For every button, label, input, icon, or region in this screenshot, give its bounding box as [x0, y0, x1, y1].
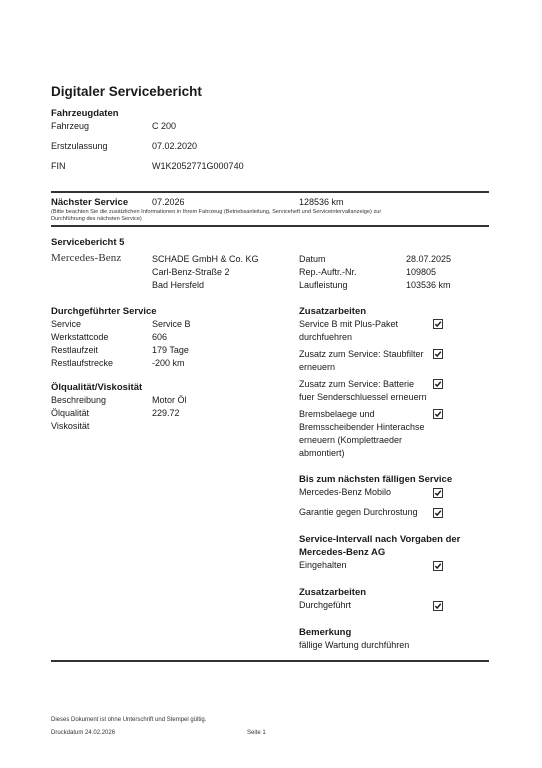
date-value: 28.07.2025	[406, 254, 451, 264]
order-number-label: Rep.-Auftr.-Nr.	[299, 267, 357, 277]
viscosity-label: Viskosität	[51, 421, 89, 431]
extra-work-1-line1: Service B mit Plus-Paket	[299, 319, 398, 329]
remaining-distance-label: Restlaufstrecke	[51, 358, 113, 368]
remaining-time-value: 179 Tage	[152, 345, 189, 355]
extra-work-3-line2: fuer Senderschluessel erneuern	[299, 392, 427, 402]
service-value: Service B	[152, 319, 191, 329]
extra-work-3-line1: Zusatz zum Service: Batterie	[299, 379, 414, 389]
remaining-time-label: Restlaufzeit	[51, 345, 98, 355]
dealer-city: Bad Hersfeld	[152, 280, 204, 290]
extra-work-heading: Zusatzarbeiten	[299, 306, 366, 317]
oil-description-value: Motor Öl	[152, 395, 187, 405]
extra-work2-done-checkbox[interactable]	[433, 601, 443, 611]
extra-work-4-line1: Bremsbelaege und	[299, 409, 375, 419]
divider-end	[51, 660, 489, 662]
vin-value: W1K2052771G000740	[152, 161, 244, 171]
rust-warranty-label: Garantie gegen Durchrostung	[299, 507, 418, 517]
extra-work-1-line2: durchfuehren	[299, 332, 352, 342]
mileage-value: 103536 km	[406, 280, 451, 290]
date-label: Datum	[299, 254, 326, 264]
checkmark-icon	[434, 562, 442, 570]
footer-print-date: Druckdatum 24.02.2026	[51, 730, 115, 736]
extra-work-2-checkbox[interactable]	[433, 349, 443, 359]
next-service-date: 07.2026	[152, 197, 185, 207]
checkmark-icon	[434, 380, 442, 388]
extra-work-3-checkbox[interactable]	[433, 379, 443, 389]
next-service-mileage: 128536 km	[299, 197, 344, 207]
oil-quality-value: 229.72	[152, 408, 180, 418]
interval-heading-line1: Service-Intervall nach Vorgaben der	[299, 534, 460, 545]
remaining-distance-value: -200 km	[152, 358, 185, 368]
performed-heading: Durchgeführter Service	[51, 306, 157, 317]
dealer-name: SCHADE GmbH & Co. KG	[152, 254, 259, 264]
remark-heading: Bemerkung	[299, 627, 351, 638]
vehicle-value: C 200	[152, 121, 176, 131]
vehicle-label: Fahrzeug	[51, 121, 89, 131]
extra-work-4-line2: Bremsscheibender Hinterachse	[299, 422, 425, 432]
order-number-value: 109805	[406, 267, 436, 277]
registration-value: 07.02.2020	[152, 141, 197, 151]
mileage-label: Laufleistung	[299, 280, 348, 290]
next-service-note-line2: Durchführung des nächsten Service)	[51, 216, 142, 222]
rust-warranty-checkbox[interactable]	[433, 508, 443, 518]
workshop-code-value: 606	[152, 332, 167, 342]
footer-page-number: Seite 1	[247, 730, 266, 736]
vehicle-data-heading: Fahrzeugdaten	[51, 108, 119, 119]
vin-label: FIN	[51, 161, 66, 171]
interval-complied-label: Eingehalten	[299, 560, 347, 570]
extra-work-2-line1: Zusatz zum Service: Staubfilter	[299, 349, 424, 359]
checkmark-icon	[434, 489, 442, 497]
next-service-label: Nächster Service	[51, 197, 128, 208]
extra-work2-done-label: Durchgeführt	[299, 600, 351, 610]
report-heading: Servicebericht 5	[51, 237, 124, 248]
mobilo-checkbox[interactable]	[433, 488, 443, 498]
extra-work-1-checkbox[interactable]	[433, 319, 443, 329]
workshop-code-label: Werkstattcode	[51, 332, 108, 342]
extra-work-4-line3: erneuern (Komplettraeder	[299, 435, 402, 445]
checkmark-icon	[434, 350, 442, 358]
brand-logo: Mercedes-Benz	[51, 252, 121, 264]
checkmark-icon	[434, 410, 442, 418]
remark-text: fällige Wartung durchführen	[299, 640, 409, 650]
footer-disclaimer: Dieses Dokument ist ohne Unterschrift un…	[51, 717, 206, 723]
oil-quality-label: Ölqualität	[51, 408, 89, 418]
next-service-note-line1: (Bitte beachten Sie die zusätzlichen Inf…	[51, 209, 381, 215]
divider-top	[51, 191, 489, 193]
divider-bottom	[51, 225, 489, 227]
checkmark-icon	[434, 509, 442, 517]
extra-work-4-checkbox[interactable]	[433, 409, 443, 419]
registration-label: Erstzulassung	[51, 141, 108, 151]
interval-complied-checkbox[interactable]	[433, 561, 443, 571]
oil-heading: Ölqualität/Viskosität	[51, 382, 142, 393]
checkmark-icon	[434, 602, 442, 610]
until-next-heading: Bis zum nächsten fälligen Service	[299, 474, 452, 485]
page-title: Digitaler Servicebericht	[51, 84, 202, 99]
mobilo-label: Mercedes-Benz Mobilo	[299, 487, 391, 497]
interval-heading-line2: Mercedes-Benz AG	[299, 547, 385, 558]
oil-description-label: Beschreibung	[51, 395, 106, 405]
extra-work-4-line4: abmontiert)	[299, 448, 345, 458]
service-label: Service	[51, 319, 81, 329]
checkmark-icon	[434, 320, 442, 328]
extra-work-2-line2: erneuern	[299, 362, 335, 372]
extra-work2-heading: Zusatzarbeiten	[299, 587, 366, 598]
dealer-street: Carl-Benz-Straße 2	[152, 267, 230, 277]
